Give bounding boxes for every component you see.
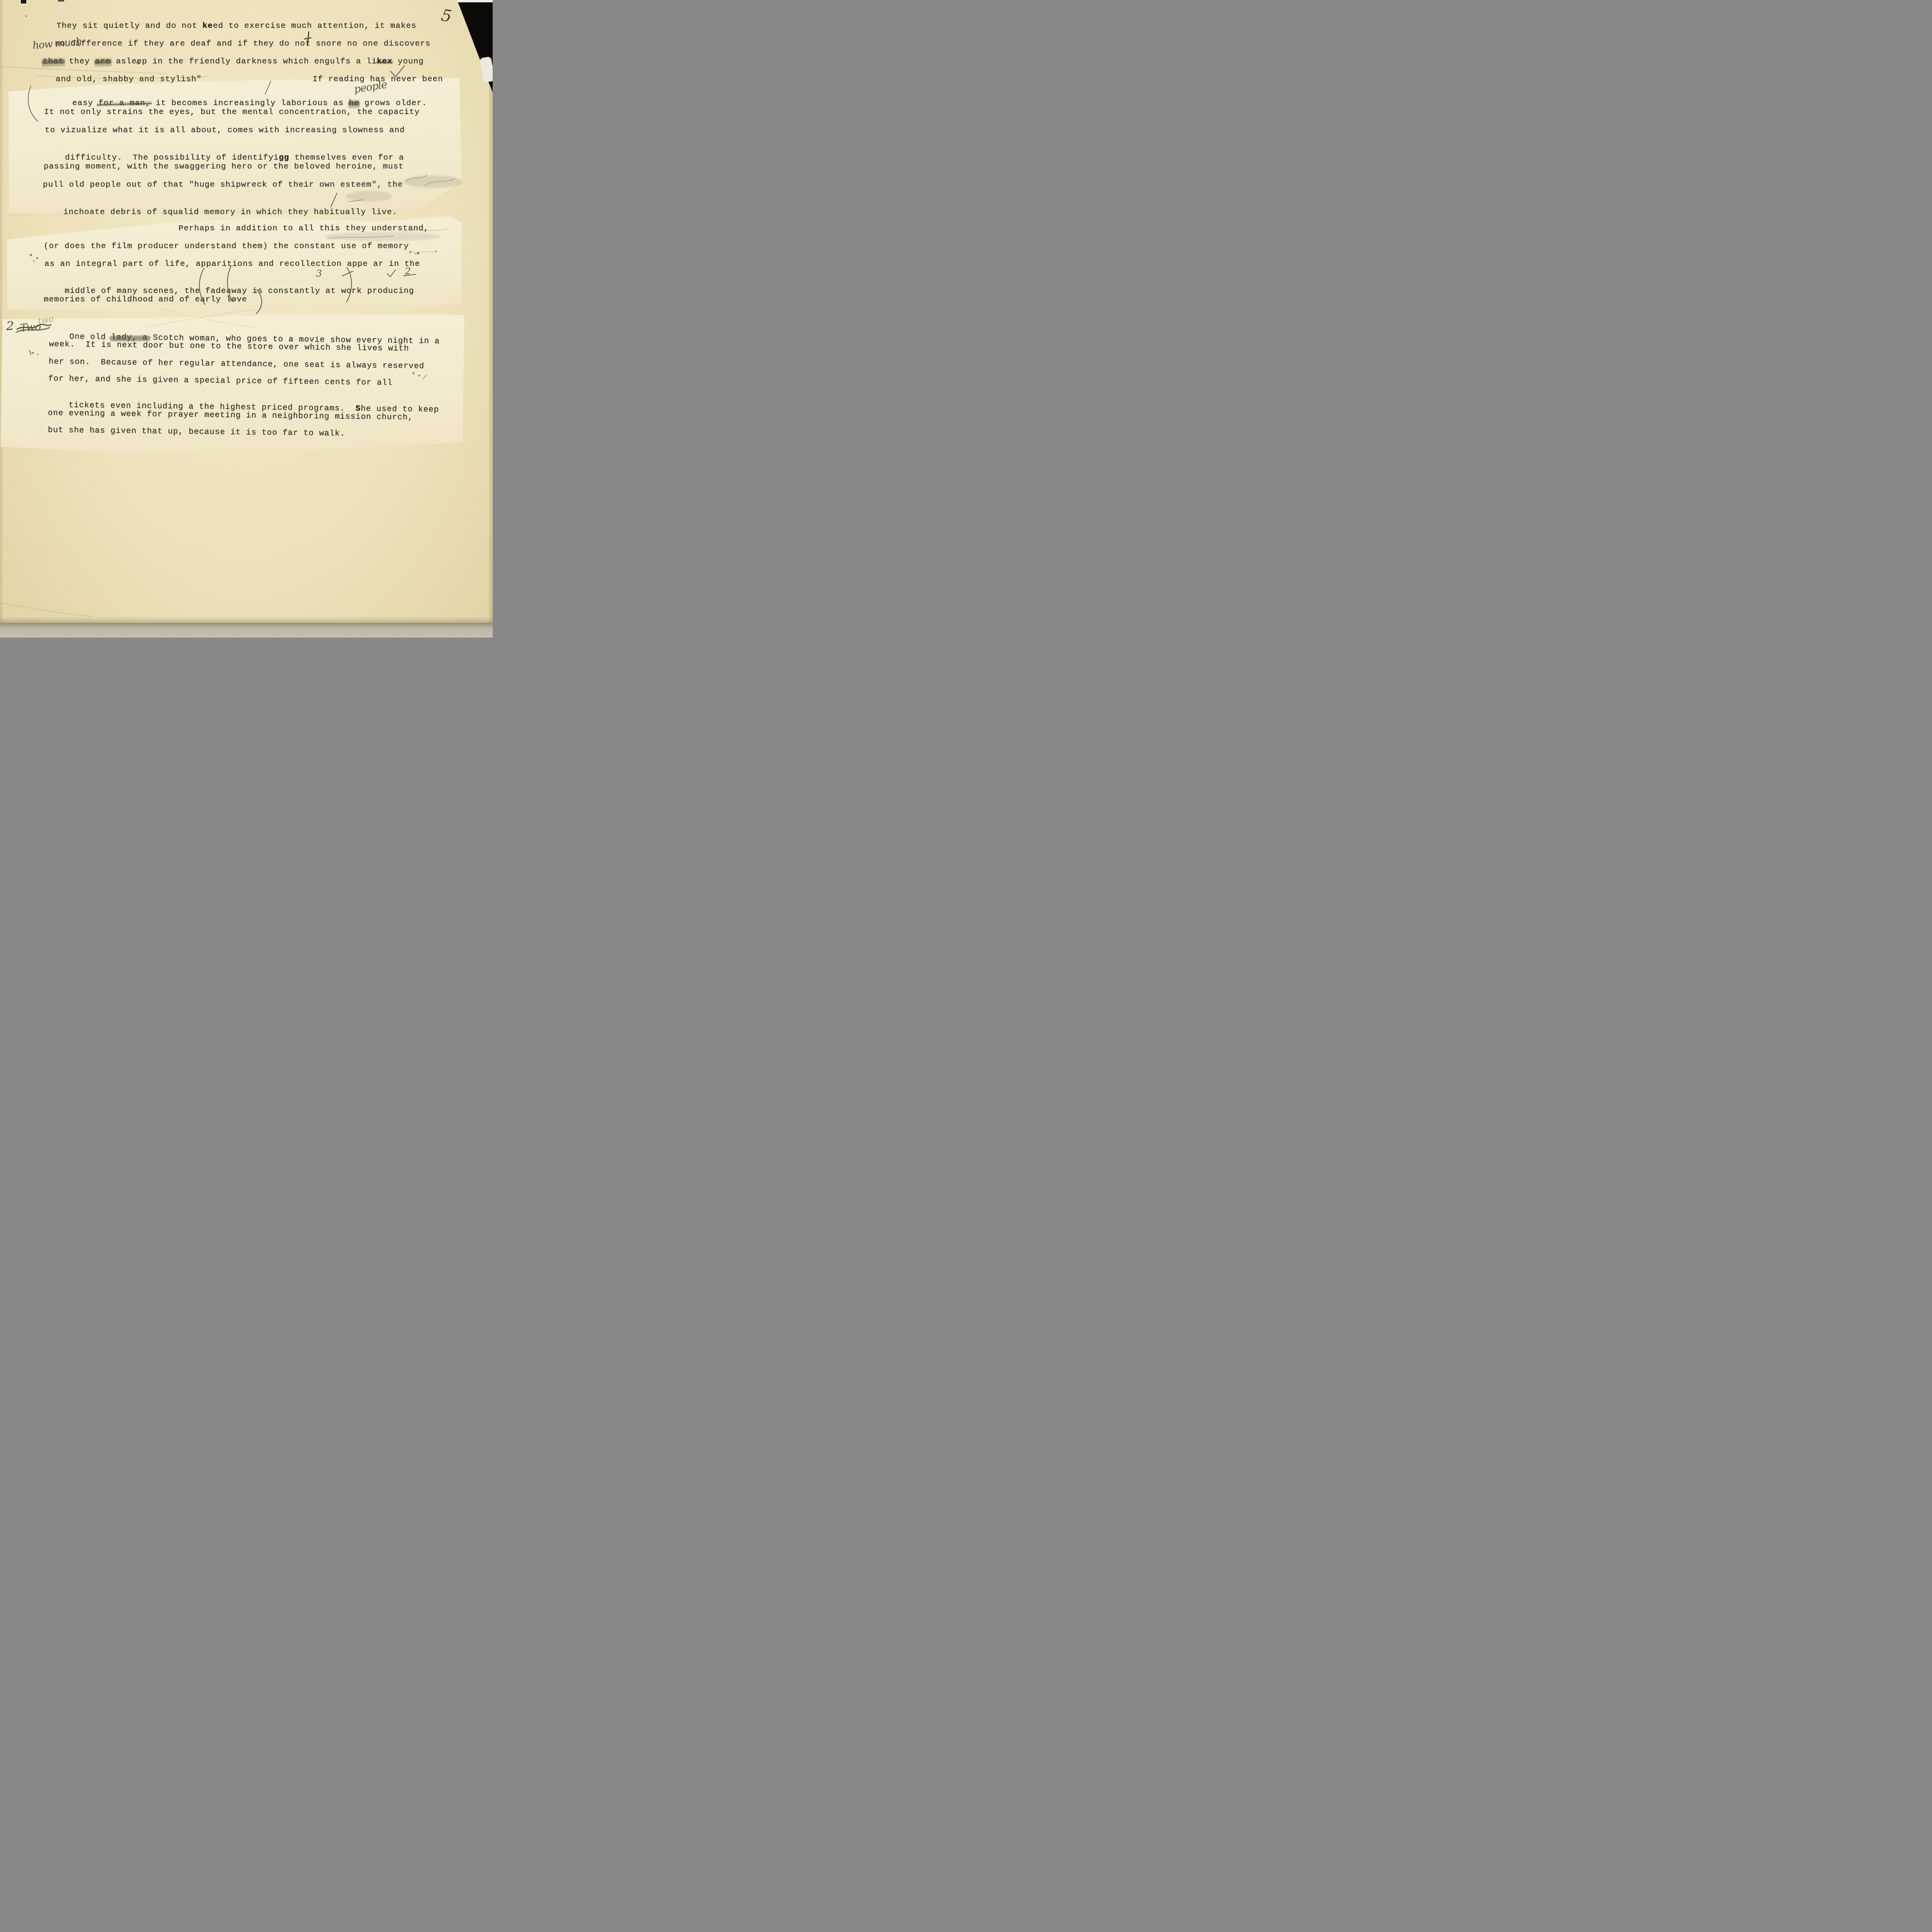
- typed-text: (or does the film producer understand th…: [44, 242, 409, 251]
- scan-lid-strip: [457, 0, 493, 2]
- typed-text: middle of many scenes,: [65, 287, 185, 296]
- typed-line: to vizualize what it is all about, comes…: [45, 126, 405, 135]
- typed-text: no difference if they are deaf and if th…: [55, 39, 305, 49]
- typed-text: They sit quietly and do not: [56, 22, 202, 31]
- overstruck-text: gg: [279, 153, 289, 163]
- typed-line: inchoate debris of squalid memory in whi…: [43, 199, 397, 226]
- document-page: 5 They sit quietly and do not keed to ex…: [0, 0, 493, 638]
- typed-text: inchoate debris of squalid memory in whi…: [63, 208, 371, 217]
- handwritten-margin-number: 2: [6, 318, 14, 333]
- typed-text: passing moment, with the swaggering hero…: [44, 162, 404, 172]
- typed-text: it becomes increasingly laborious as: [151, 99, 349, 108]
- typed-text: pull old people out of that "huge shipwr…: [43, 180, 403, 190]
- typed-text: producing: [362, 287, 414, 296]
- typed-text: and old, shabby and: [56, 75, 160, 84]
- typed-line: memories of childhood and of early love: [44, 295, 247, 304]
- page-left-edge: [0, 0, 2, 638]
- overstruck-text: ke: [202, 22, 213, 31]
- typed-text: stylish": [160, 75, 202, 84]
- overstruck-text: kex: [377, 57, 393, 66]
- typed-text: ed to exercise much attention, it makes: [213, 22, 417, 31]
- struck-text: he: [349, 99, 359, 108]
- struck-text: for a man,: [99, 99, 151, 108]
- typed-text: It not only strains the eyes, but the me…: [44, 108, 420, 117]
- typed-text: memories of childhood and of early love: [44, 295, 247, 304]
- typed-text: live.: [371, 208, 398, 217]
- typed-line: as an integral part of life, apparitions…: [44, 260, 420, 269]
- handwritten-number-3: 3: [316, 268, 322, 279]
- typed-text: themselves even for a: [289, 153, 404, 163]
- ink-speck: [26, 15, 27, 17]
- typed-line: pull old people out of that "huge shipwr…: [43, 180, 403, 190]
- typed-text: is constantly: [252, 287, 320, 296]
- typed-text: asleep in the friendly darkness which en…: [111, 57, 377, 66]
- typed-text: they: [64, 57, 95, 66]
- scan-mark-top: [58, 0, 64, 2]
- typed-line: It not only strains the eyes, but the me…: [44, 108, 420, 117]
- typed-text: young: [393, 57, 424, 66]
- typed-text: t: [305, 39, 311, 48]
- paper-clip: [480, 56, 493, 83]
- bottom-shadow: [0, 617, 493, 623]
- typed-text: easy: [72, 99, 99, 108]
- typed-text: difficulty. The possibility of identifyi: [65, 153, 279, 163]
- typed-text: snore no one discovers: [311, 39, 431, 49]
- typed-text: the fadeaway: [185, 287, 253, 296]
- page-right-edge: [489, 88, 493, 623]
- typed-line: (or does the film producer understand th…: [44, 242, 409, 251]
- typed-line: passing moment, with the swaggering hero…: [44, 162, 404, 172]
- typed-text: Perhaps in addition to all this they und…: [179, 224, 429, 233]
- struck-text: that: [43, 57, 64, 66]
- struck-text: are: [95, 57, 111, 66]
- scan-mark-topleft: [21, 0, 26, 3]
- typed-line: Perhaps in addition to all this they und…: [179, 224, 429, 233]
- scanner-bed-band: [0, 623, 493, 638]
- handwritten-number-2: 2: [405, 266, 411, 277]
- typed-text: as an integral part of life, apparitions…: [44, 260, 420, 269]
- typed-text: at work: [320, 287, 362, 296]
- page-number: 5: [440, 5, 453, 26]
- insertion-cross-mark: t: [305, 39, 311, 49]
- ditto-mark: =: [136, 59, 140, 68]
- typed-text: grows older.: [359, 99, 427, 108]
- typed-text: to vizualize what it is all about, comes…: [45, 126, 405, 135]
